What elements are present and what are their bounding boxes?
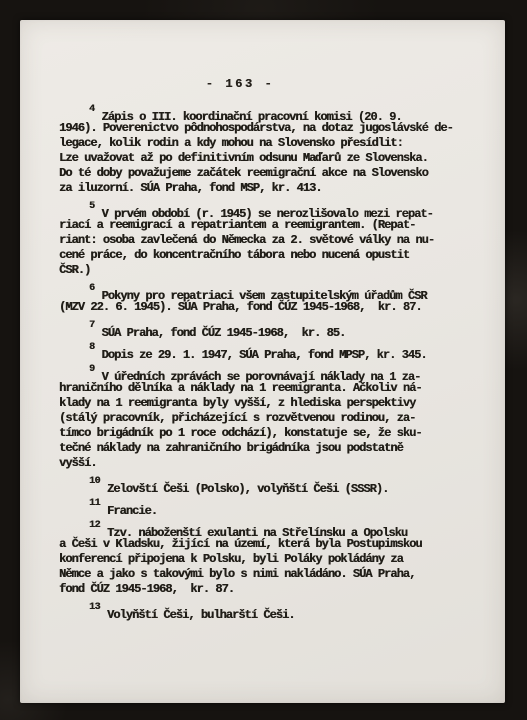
footnote-marker: 12 [89,518,100,533]
footnote-marker: 11 [89,496,100,511]
footnote-4: 4Zápis o III. koordinační pracovní komis… [59,106,471,196]
footnote-line: 5V prvém období (r. 1945) se nerozlišova… [59,203,471,218]
footnote-line: tímco brigádník po 1 roce odchází), kons… [59,426,471,441]
footnote-line: 12Tzv. náboženští exulanti na Střelínsku… [59,522,471,537]
footnote-line: klady na 1 reemigranta byly vyšší, z hle… [59,396,471,411]
page-number: - 163 - [20,77,460,91]
scan-background: - 163 - 4Zápis o III. koordinační pracov… [0,0,527,720]
footnote-text: Francie. [107,504,157,518]
footnote-line: za iluzorní. SÚA Praha, fond MSP, kr. 41… [59,181,471,196]
footnote-7: 7SÚA Praha, fond ČÚZ 1945-1968, kr. 85. [59,322,471,337]
footnote-line: 7SÚA Praha, fond ČÚZ 1945-1968, kr. 85. [59,322,471,337]
footnote-line: ČSR.) [59,263,471,278]
footnote-text: Zelovští Češi (Polsko), volyňští Češi (S… [107,482,388,496]
footnote-8: 8Dopis ze 29. 1. 1947, SÚA Praha, fond M… [59,344,471,359]
footnote-line: riant: osoba zavlečená do Německa za 2. … [59,233,471,248]
footnote-line: riací a reemigrací a repatriantem a reem… [59,218,471,233]
footnote-line: 1946). Poverenictvo pôdnohospodárstva, n… [59,121,471,136]
footnote-text: Dopis ze 29. 1. 1947, SÚA Praha, fond MP… [102,348,427,362]
footnote-line: 11Francie. [59,500,471,515]
footnote-line: Lze uvažovat až po definitivním odsunu M… [59,151,471,166]
footnote-marker: 7 [89,318,95,333]
footnote-9: 9V úředních zprávách se porovnávají nákl… [59,366,471,471]
footnote-text: Volyňští Češi, bulharští Češi. [107,608,295,622]
footnote-marker: 5 [89,199,95,214]
footnote-marker: 13 [89,600,100,615]
footnote-text: SÚA Praha, fond ČÚZ 1945-1968, kr. 85. [102,326,346,340]
footnote-line: cené práce, do koncentračního tábora neb… [59,248,471,263]
footnote-10: 10Zelovští Češi (Polsko), volyňští Češi … [59,478,471,493]
footnote-line: tečné náklady na zahraničního brigádníka… [59,441,471,456]
footnote-line: Do té doby považujeme začátek reemigračn… [59,166,471,181]
footnote-line: 10Zelovští Češi (Polsko), volyňští Češi … [59,478,471,493]
footnote-line: Němce a jako s takovými bylo s nimi nakl… [59,567,471,582]
footnote-5: 5V prvém období (r. 1945) se nerozlišova… [59,203,471,278]
footnote-line: 4Zápis o III. koordinační pracovní komis… [59,106,471,121]
footnote-marker: 6 [89,281,95,296]
footnote-line: fond ČÚZ 1945-1968, kr. 87. [59,582,471,597]
footnote-line: legace, kolik rodin a kdy mohou na Slove… [59,136,471,151]
footnote-marker: 4 [89,102,95,117]
footnote-13: 13Volyňští Češi, bulharští Češi. [59,604,471,619]
footnote-line: a Češi v Kladsku, žijící na území, která… [59,537,471,552]
document-page: - 163 - 4Zápis o III. koordinační pracov… [20,20,505,703]
footnote-marker: 10 [89,474,100,489]
footnote-marker: 8 [89,340,95,355]
footnote-line: vyšší. [59,456,471,471]
footnote-line: (MZV 22. 6. 1945). SÚA Praha, fond ČÚZ 1… [59,300,471,315]
footnote-marker: 9 [89,362,95,377]
footnote-line: 9V úředních zprávách se porovnávají nákl… [59,366,471,381]
footnote-line: hraničního dělníka a náklady na 1 reemig… [59,381,471,396]
footnote-line: konferencí připojena k Polsku, byli Polá… [59,552,471,567]
footnote-11: 11Francie. [59,500,471,515]
footnote-line: 6Pokyny pro repatriaci všem zastupitelsk… [59,285,471,300]
footnote-line: 13Volyňští Češi, bulharští Češi. [59,604,471,619]
footnote-line: 8Dopis ze 29. 1. 1947, SÚA Praha, fond M… [59,344,471,359]
footnotes-block: 4Zápis o III. koordinační pracovní komis… [59,106,471,619]
footnote-line: (stálý pracovník, přicházející s rozvětv… [59,411,471,426]
footnote-6: 6Pokyny pro repatriaci všem zastupitelsk… [59,285,471,315]
footnote-12: 12Tzv. náboženští exulanti na Střelínsku… [59,522,471,597]
